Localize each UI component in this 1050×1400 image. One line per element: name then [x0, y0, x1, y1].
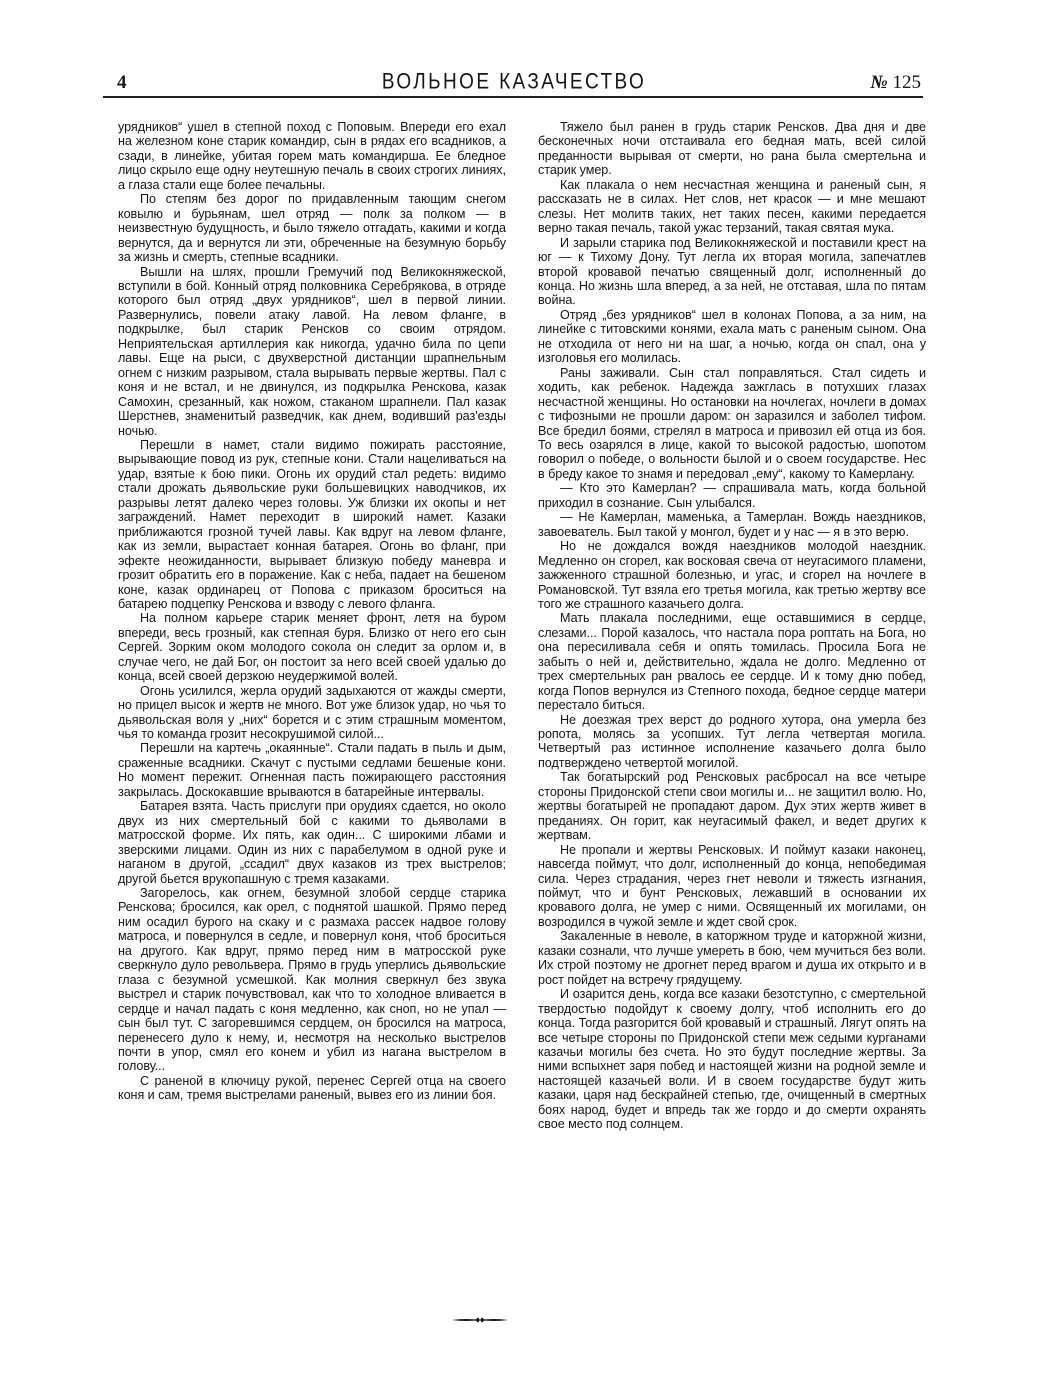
paragraph: Перешли в намет, стали видимо пожирать р…	[118, 438, 506, 611]
paragraph: Батарея взята. Часть прислуги при орудия…	[118, 799, 506, 886]
paragraph: Отряд „без урядников“ шел в колонах Попо…	[538, 308, 926, 366]
paragraph: Не доезжая трех верст до родного хутора,…	[538, 713, 926, 771]
paragraph: Тяжело был ранен в грудь старик Ренсков.…	[538, 120, 926, 178]
paragraph: На полном карьере старик меняет фронт, л…	[118, 611, 506, 683]
paragraph: Перешли на картечь „окаянные“. Стали пад…	[118, 741, 506, 799]
issue-number: № 125	[870, 72, 921, 94]
paragraph: Мать плакала последними, еще оставшимися…	[538, 611, 926, 712]
paragraph: Загорелось, как огнем, безумной злобой с…	[118, 886, 506, 1074]
paragraph: Не пропали и жертвы Ренсковых. И поймут …	[538, 843, 926, 930]
paragraph: И озарится день, когда все казаки безотс…	[538, 987, 926, 1132]
numero-sign: №	[870, 72, 887, 93]
paragraph: Раны заживали. Сын стал поправляться. Ст…	[538, 366, 926, 482]
paragraph: И зарыли старика под Великокняжеской и п…	[538, 236, 926, 308]
paragraph: Так богатырский род Ренсковых расбросал …	[538, 770, 926, 842]
left-column: урядников“ ушел в степной поход с Поповы…	[118, 120, 506, 1103]
right-column: Тяжело был ранен в грудь старик Ренсков.…	[538, 120, 926, 1132]
paragraph: Вышли на шлях, прошли Гремучий под Велик…	[118, 265, 506, 438]
paragraph: Закаленные в неволе, в каторжном труде и…	[538, 929, 926, 987]
paragraph: — Кто это Камерлан? — спрашивала мать, к…	[538, 481, 926, 510]
paragraph: Как плакала о нем несчастная женщина и р…	[538, 178, 926, 236]
paragraph: Огонь усилился, жерла орудий задыхаются …	[118, 684, 506, 742]
newspaper-title: ВОЛЬНОЕ КАЗАЧЕСТВО	[105, 70, 923, 95]
paragraph: С раненой в ключицу рукой, перенес Серге…	[118, 1074, 506, 1103]
paragraph: урядников“ ушел в степной поход с Поповы…	[118, 120, 506, 192]
paragraph: По степям без дорог по придавленным тающ…	[118, 192, 506, 264]
paragraph: — Не Камерлан, маменька, а Тамерлан. Вож…	[538, 510, 926, 539]
paragraph: Но не дождался вождя наездников молодой …	[538, 539, 926, 611]
header-rule	[103, 96, 923, 98]
divider-ornament-icon	[452, 1316, 508, 1324]
issue-value: 125	[893, 72, 922, 93]
